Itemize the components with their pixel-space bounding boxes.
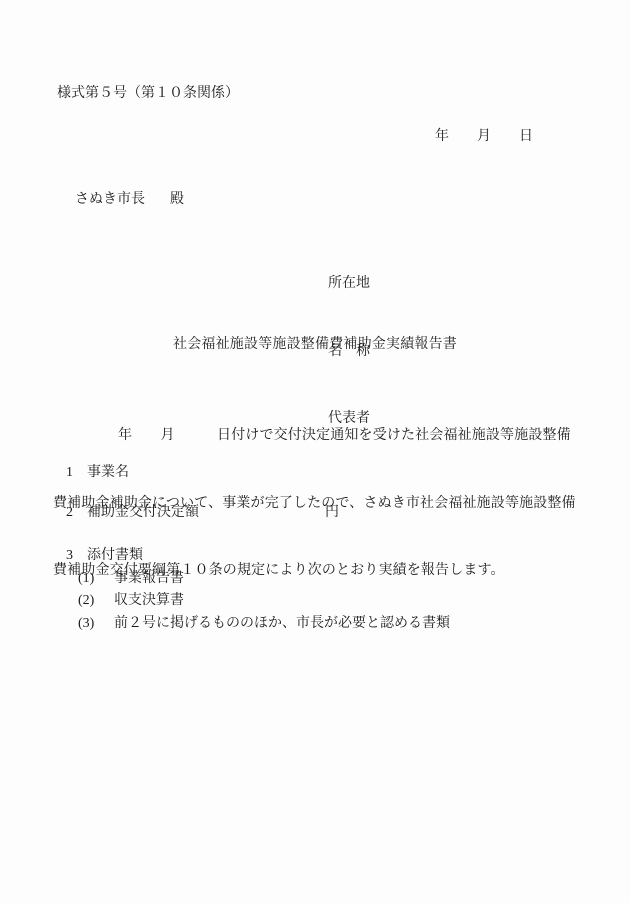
subitem-1-number: (1)	[78, 572, 114, 586]
item-1-number: 1	[66, 466, 87, 480]
document-title: 社会福祉施設等施設整備費補助金実績報告書	[0, 338, 630, 352]
subitem-1-label: 事業報告書	[114, 571, 184, 586]
subitem-other-documents: (3)前２号に掲げるもののほか、市長が必要と認める書類	[78, 617, 450, 631]
subitem-2-label: 収支決算書	[114, 593, 184, 608]
subitem-2-number: (2)	[78, 594, 114, 608]
form-number: 様式第５号（第１０条関係）	[57, 87, 239, 101]
addressee-honorific: 殿	[170, 193, 184, 207]
item-2-label: 補助金交付決定額	[87, 505, 199, 520]
item-grant-decision-amount: 2補助金交付決定額円	[66, 506, 199, 520]
addressee-name: さぬき市長	[75, 192, 145, 207]
subitem-business-report: (1)事業報告書	[78, 572, 184, 586]
item-2-currency-unit: 円	[325, 506, 339, 520]
item-attached-documents: 3添付書類	[66, 549, 143, 563]
date-line: 年 月 日	[435, 130, 533, 144]
document-page: 様式第５号（第１０条関係） 年 月 日 さぬき市長殿 所在地 名 称 代表者 社…	[0, 0, 630, 903]
item-3-label: 添付書類	[87, 548, 143, 563]
sender-address-label: 所在地	[328, 273, 370, 296]
item-2-number: 2	[66, 506, 87, 520]
addressee-line: さぬき市長殿	[75, 193, 184, 207]
subitem-3-number: (3)	[78, 617, 114, 631]
item-project-name: 1事業名	[66, 466, 129, 480]
body-paragraph: 年 月 日付けで交付決定通知を受けた社会福祉施設等施設整備 費補助金補助金につい…	[53, 380, 593, 628]
subitem-financial-statement: (2)収支決算書	[78, 594, 184, 608]
item-3-number: 3	[66, 549, 87, 563]
subitem-3-label: 前２号に掲げるもののほか、市長が必要と認める書類	[114, 616, 450, 631]
item-1-label: 事業名	[87, 465, 129, 480]
body-line-1: 年 月 日付けで交付決定通知を受けた社会福祉施設等施設整備	[53, 425, 593, 448]
